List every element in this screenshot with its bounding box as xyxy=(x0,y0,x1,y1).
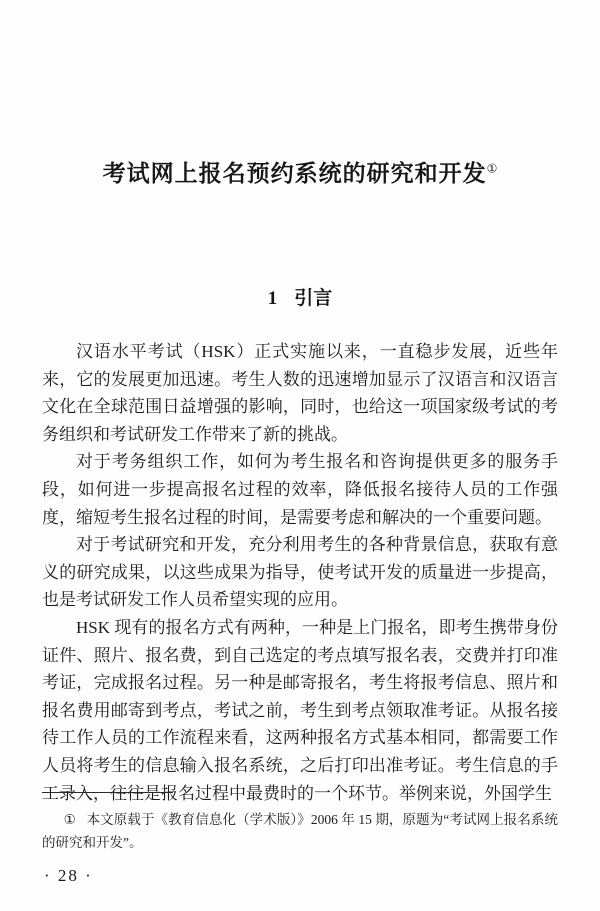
article-title-text: 考试网上报名预约系统的研究和开发 xyxy=(103,161,487,186)
section-title: 引言 xyxy=(294,288,332,309)
paragraph-2: 对于考务组织工作，如何为考生报名和咨询提供更多的服务手段，如何进一步提高报名过程… xyxy=(42,448,558,531)
section-heading: 1引言 xyxy=(0,283,600,310)
footnote-text: 本文原载于《教育信息化（学术版）》2006 年 15 期，原题为“考试网上报名系… xyxy=(42,812,558,850)
footnote-separator xyxy=(42,792,173,793)
page-number: · 28 · xyxy=(44,866,93,886)
footnote-marker: ① xyxy=(64,812,76,827)
footnote: ①本文原载于《教育信息化（学术版）》2006 年 15 期，原题为“考试网上报名… xyxy=(42,808,558,854)
body-text: 汉语水平考试（HSK）正式实施以来，一直稳步发展，近些年来，它的发展更加迅速。考… xyxy=(42,338,558,807)
section-number: 1 xyxy=(268,288,278,309)
title-footnote-marker: ① xyxy=(487,161,498,175)
paragraph-1: 汉语水平考试（HSK）正式实施以来，一直稳步发展，近些年来，它的发展更加迅速。考… xyxy=(42,338,558,448)
article-title: 考试网上报名预约系统的研究和开发① xyxy=(0,155,600,188)
paragraph-4: HSK 现有的报名方式有两种，一种是上门报名，即考生携带身份证件、照片、报名费，… xyxy=(42,614,558,807)
paragraph-3: 对于考试研究和开发，充分利用考生的各种背景信息，获取有意义的研究成果，以这些成果… xyxy=(42,531,558,614)
document-page: 考试网上报名预约系统的研究和开发① 1引言 汉语水平考试（HSK）正式实施以来，… xyxy=(0,0,600,911)
